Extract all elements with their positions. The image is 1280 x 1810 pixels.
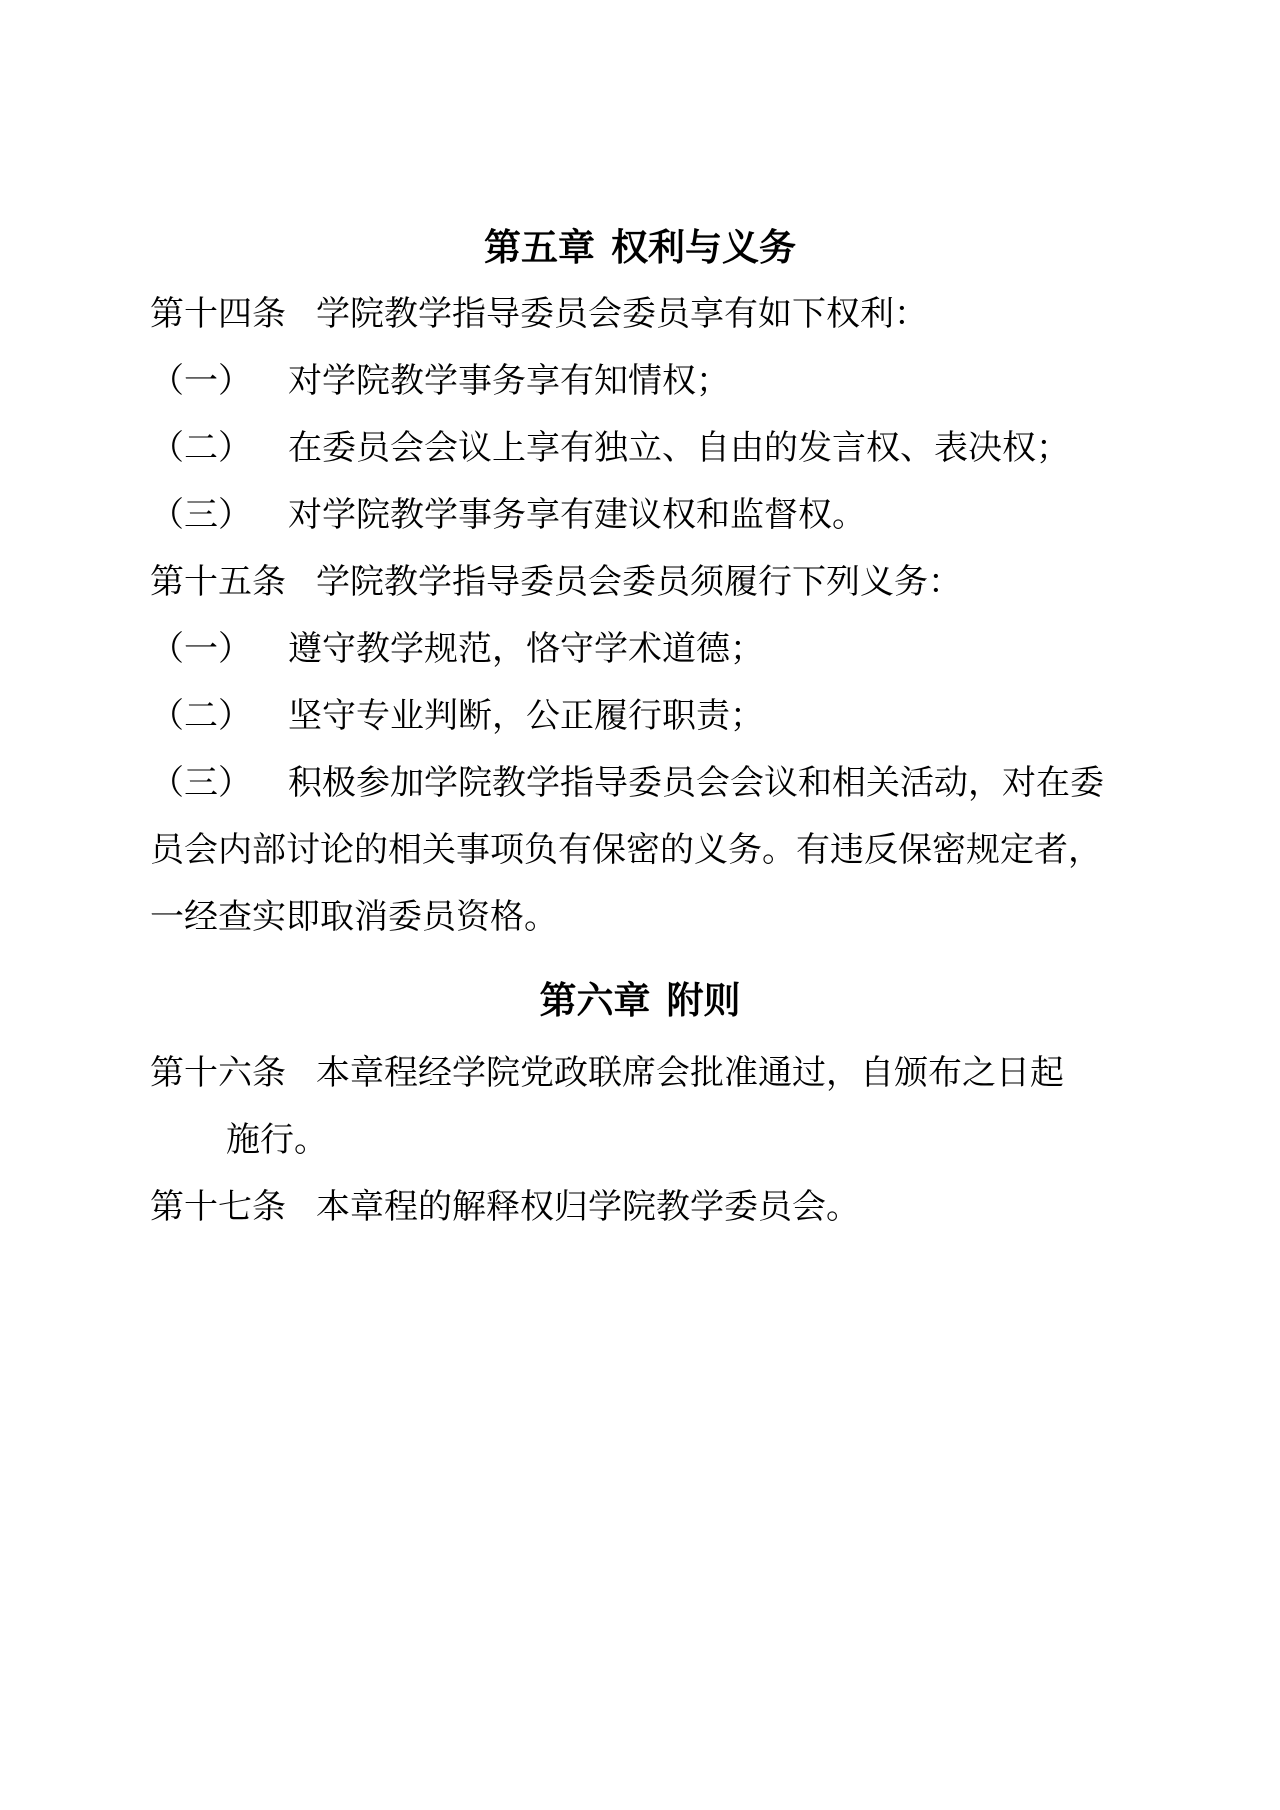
article-14-label: 第十四条 — [150, 281, 286, 348]
article-16-line-2: 施行。 — [150, 1107, 1130, 1174]
document-content: 第五章权利与义务 第十四条学院教学指导委员会委员享有如下权利： （一）对学院教学… — [0, 214, 1280, 1241]
article-14-line: 第十四条学院教学指导委员会委员享有如下权利： — [150, 281, 1130, 348]
article-15-clause-3-continuation-1: 员会内部讨论的相关事项负有保密的义务。有违反保密规定者， — [150, 817, 1130, 884]
document-page: 第五章权利与义务 第十四条学院教学指导委员会委员享有如下权利： （一）对学院教学… — [0, 0, 1280, 1810]
chapter-5-title: 权利与义务 — [611, 227, 796, 268]
article-16-line-1: 第十六条本章程经学院党政联席会批准通过，自颁布之日起 — [150, 1040, 1130, 1107]
article-15-text: 学院教学指导委员会委员须履行下列义务： — [316, 564, 962, 601]
article-17-line: 第十七条本章程的解释权归学院教学委员会。 — [150, 1174, 1130, 1241]
article-14-text: 学院教学指导委员会委员享有如下权利： — [316, 296, 928, 333]
article-15-clause-2-label: （二） — [150, 683, 252, 750]
chapter-5-number: 第五章 — [484, 227, 595, 268]
article-14-clause-1-label: （一） — [150, 348, 252, 415]
article-15-line: 第十五条学院教学指导委员会委员须履行下列义务： — [150, 549, 1130, 616]
article-15-clause-1-label: （一） — [150, 616, 252, 683]
article-17-label: 第十七条 — [150, 1174, 286, 1241]
article-15-clause-1-text: 遵守教学规范，恪守学术道德； — [288, 631, 764, 668]
article-15-label: 第十五条 — [150, 549, 286, 616]
chapter-5-heading: 第五章权利与义务 — [150, 214, 1130, 281]
article-17-text: 本章程的解释权归学院教学委员会。 — [316, 1189, 860, 1226]
article-14-clause-3: （三）对学院教学事务享有建议权和监督权。 — [150, 482, 1130, 549]
article-14-clause-2-label: （二） — [150, 415, 252, 482]
article-14-clause-2-text: 在委员会会议上享有独立、自由的发言权、表决权； — [288, 430, 1070, 467]
article-14-clause-3-label: （三） — [150, 482, 252, 549]
article-16-text-line-1: 本章程经学院党政联席会批准通过，自颁布之日起 — [316, 1055, 1064, 1092]
article-15-clause-3: （三）积极参加学院教学指导委员会会议和相关活动，对在委 — [150, 750, 1130, 817]
article-15-clause-2: （二）坚守专业判断，公正履行职责； — [150, 683, 1130, 750]
article-15-clause-1: （一）遵守教学规范，恪守学术道德； — [150, 616, 1130, 683]
article-15-clause-3-continuation-2: 一经查实即取消委员资格。 — [150, 884, 1130, 951]
article-14-clause-3-text: 对学院教学事务享有建议权和监督权。 — [288, 497, 866, 534]
article-15-clause-3-label: （三） — [150, 750, 252, 817]
article-16-label: 第十六条 — [150, 1040, 286, 1107]
chapter-6-number: 第六章 — [540, 980, 651, 1021]
article-14-clause-2: （二）在委员会会议上享有独立、自由的发言权、表决权； — [150, 415, 1130, 482]
article-14-clause-1: （一）对学院教学事务享有知情权； — [150, 348, 1130, 415]
article-14-clause-1-text: 对学院教学事务享有知情权； — [288, 363, 730, 400]
chapter-6-heading: 第六章附则 — [150, 967, 1130, 1034]
chapter-6-title: 附则 — [667, 980, 741, 1021]
article-15-clause-3-text: 积极参加学院教学指导委员会会议和相关活动，对在委 — [288, 765, 1104, 802]
article-15-clause-2-text: 坚守专业判断，公正履行职责； — [288, 698, 764, 735]
